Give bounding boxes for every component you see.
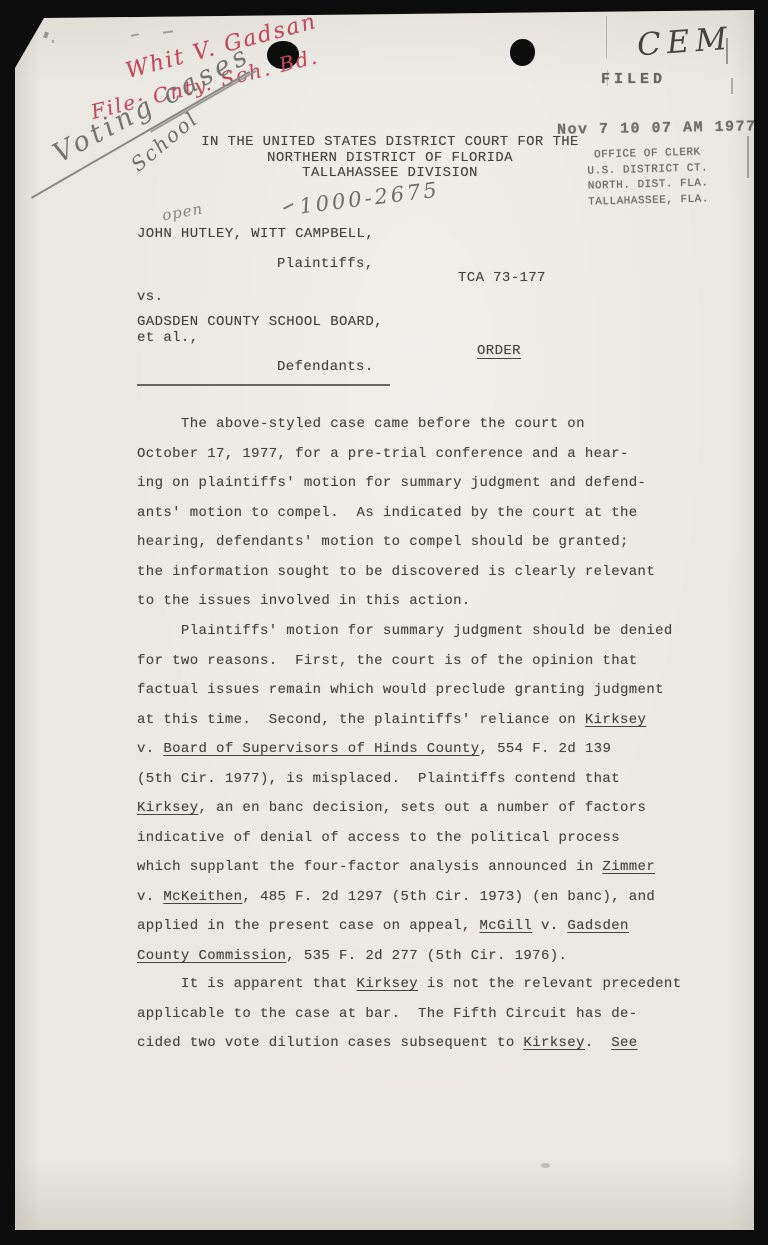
handwritten-initials: CEM — [636, 21, 734, 64]
caption-divider-rule — [137, 384, 390, 386]
versus-label: vs. — [137, 289, 163, 305]
filed-stamp: FILED — [601, 71, 666, 88]
plaintiffs-label: Plaintiffs, — [277, 256, 374, 272]
order-paragraph-2: Plaintiffs' motion for summary judgment … — [137, 623, 673, 977]
pencil-speck — [52, 40, 54, 43]
punch-hole-right — [510, 39, 535, 66]
order-paragraph-3: It is apparent that Kirksey is not the r… — [137, 976, 681, 1065]
defendants-label: Defendants. — [277, 359, 374, 375]
paper-speck — [541, 1163, 550, 1168]
court-header: IN THE UNITED STATES DISTRICT COURT FOR … — [160, 135, 620, 182]
crease-mark — [747, 136, 749, 178]
defendant-names-line1: GADSDEN COUNTY SCHOOL BOARD, — [137, 314, 383, 330]
crease-mark — [731, 78, 733, 94]
order-title: ORDER — [477, 343, 521, 359]
order-paragraph-1: The above-styled case came before the co… — [137, 416, 655, 623]
plaintiff-names: JOHN HUTLEY, WITT CAMPBELL, — [137, 226, 374, 242]
case-number: TCA 73-177 — [458, 270, 546, 286]
scan-background: Whit V. Gadsan File: Cnty. Sch. Bd. Voti… — [0, 0, 768, 1245]
defendant-names-line2: et al., — [137, 330, 198, 346]
crease-mark — [606, 16, 607, 58]
